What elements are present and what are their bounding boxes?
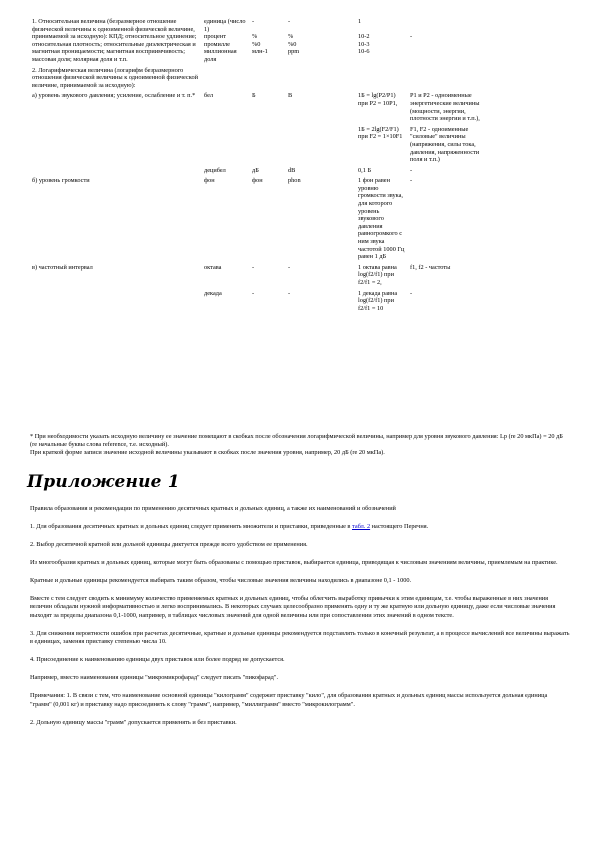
unit-name-cell: децибел <box>202 167 250 178</box>
paragraph-9: Примечания: 1. В связи с тем, что наимен… <box>30 692 570 709</box>
symbol-ru-cell: dB <box>286 167 356 178</box>
symbol-intl-cell: фон <box>250 177 286 264</box>
paragraph-5: Вместе с тем следует сводить к минимуму … <box>30 595 570 620</box>
symbol-intl-cell: - % %0 млн-1 <box>250 18 286 67</box>
table-row: 1Б = 2lg(F2/F1) при F2 = 1×10F1 F1, F2 -… <box>30 126 486 167</box>
symbol-intl-cell: - <box>250 290 286 316</box>
table-row: 2. Логарифмическая величина (логарифм бе… <box>30 67 486 93</box>
unit-name-cell: декада <box>202 290 250 316</box>
unit-name-cell: бел <box>202 92 250 125</box>
table-footnote: * При необходимости указать исходную вел… <box>30 433 570 456</box>
paragraph-3: Из многообразия кратных и дольных единиц… <box>30 559 570 567</box>
symbol-ru-cell: - % %0 ppm <box>286 18 356 67</box>
paragraph-intro: Правила образования и рекомендации по пр… <box>30 505 570 513</box>
symbol-ru-cell <box>286 126 356 167</box>
table-row: б) уровень громкости фон фон phon 1 фон … <box>30 177 486 264</box>
note-cell: - <box>408 167 486 178</box>
unit-name-cell: фон <box>202 177 250 264</box>
quantity-cell <box>30 167 202 178</box>
table-row: децибел дБ dB 0,1 Б - <box>30 167 486 178</box>
table-2-link[interactable]: табл. 2 <box>352 523 370 530</box>
note-cell: - <box>408 177 486 264</box>
paragraph-1: 1. Для образования десятичных кратных и … <box>30 523 570 531</box>
value-cell: 1 декада равна log(f2/f1) при f2/f1 = 10 <box>356 290 408 316</box>
unit-name-cell <box>202 126 250 167</box>
document-page: 1. Относительная величина (безразмерное … <box>0 0 595 842</box>
quantity-cell: 2. Логарифмическая величина (логарифм бе… <box>30 67 202 93</box>
table-row: в) частотный интервал октава - - 1 октав… <box>30 264 486 290</box>
note-cell: F1, F2 - одноименные "силовые" величины … <box>408 126 486 167</box>
quantity-cell <box>30 290 202 316</box>
symbol-intl-cell: дБ <box>250 167 286 178</box>
paragraph-6: 3. Для снижения вероятности ошибок при р… <box>30 630 570 647</box>
quantity-cell <box>30 126 202 167</box>
unit-name-cell: октава <box>202 264 250 290</box>
appendix-title: Приложение 1 <box>27 472 180 492</box>
note-cell: - <box>408 18 486 67</box>
paragraph-10: 2. Дольную единицу массы "грамм" допуска… <box>30 719 570 727</box>
table-row: декада - - 1 декада равна log(f2/f1) при… <box>30 290 486 316</box>
unit-name-cell: единица (число 1) процент промилле милли… <box>202 18 250 67</box>
note-cell: - <box>408 290 486 316</box>
note-cell: f1, f2 - частоты <box>408 264 486 290</box>
value-cell: 1 фон равен уровню громкости звука, для … <box>356 177 408 264</box>
symbol-ru-cell: phon <box>286 177 356 264</box>
quantity-cell: в) частотный интервал <box>30 264 202 290</box>
value-cell: 1 октава равна log(f2/f1) при f2/f1 = 2, <box>356 264 408 290</box>
quantity-cell: а) уровень звукового давления; усиление,… <box>30 92 202 125</box>
value-cell: 0,1 Б <box>356 167 408 178</box>
symbol-ru-cell: B <box>286 92 356 125</box>
table-row: 1. Относительная величина (безразмерное … <box>30 18 486 67</box>
quantity-cell: 1. Относительная величина (безразмерное … <box>30 18 202 67</box>
symbol-ru-cell: - <box>286 290 356 316</box>
paragraph-2: 2. Выбор десятичной кратной или дольной … <box>30 541 570 549</box>
paragraph-8: Например, вместо наименования единицы "м… <box>30 674 570 682</box>
quantity-cell: б) уровень громкости <box>30 177 202 264</box>
footnote-line: При краткой форме записи значение исходн… <box>30 449 570 457</box>
symbol-intl-cell: - <box>250 264 286 290</box>
value-cell: 1 10-2 10-3 10-6 <box>356 18 408 67</box>
units-table: 1. Относительная величина (безразмерное … <box>30 18 486 315</box>
symbol-intl-cell: Б <box>250 92 286 125</box>
paragraph-4: Кратные и дольные единицы рекомендуется … <box>30 577 570 585</box>
footnote-line: * При необходимости указать исходную вел… <box>30 433 570 449</box>
symbol-intl-cell <box>250 126 286 167</box>
table-row: а) уровень звукового давления; усиление,… <box>30 92 486 125</box>
value-cell: 1Б = 2lg(F2/F1) при F2 = 1×10F1 <box>356 126 408 167</box>
note-cell: P1 и P2 - одноименные энергетические вел… <box>408 92 486 125</box>
paragraph-7: 4. Присоединение к наименованию единицы … <box>30 656 570 664</box>
symbol-ru-cell: - <box>286 264 356 290</box>
appendix-body: Правила образования и рекомендации по пр… <box>30 505 570 737</box>
value-cell: 1Б = lg(P2/P1) при P2 = 10P1, <box>356 92 408 125</box>
